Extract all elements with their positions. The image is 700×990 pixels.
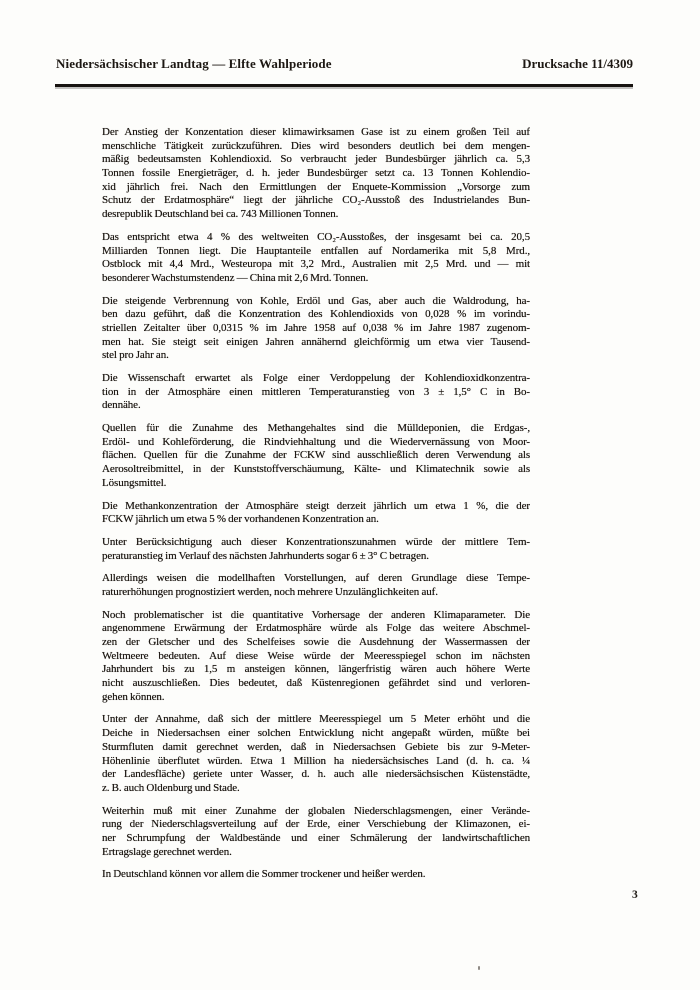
text-line: Weltmeere bedeuten. Auf diese Weise würd… [102, 650, 530, 664]
text-line: Ertragslage gerechnet werden. [102, 846, 530, 860]
text-line: Das entspricht etwa 4 % des weltweiten C… [102, 231, 530, 245]
paragraph: Der Anstieg der Konzentation dieser klim… [102, 126, 530, 222]
paragraph: In Deutschland können vor allem die Somm… [102, 868, 530, 882]
text-line: Sturmfluten damit gerechnet werden, daß … [102, 741, 530, 755]
text-line: rung der Niederschlagsverteilung auf der… [102, 818, 530, 832]
text-line: besonderer Wachstumstendenz — China mit … [102, 272, 530, 286]
text-line: Lösungsmittel. [102, 477, 530, 491]
text-line: tion in der Atmosphäre einen mittleren T… [102, 386, 530, 400]
text-line: Jahrhundert bis zu 1,5 m ansteigen könne… [102, 663, 530, 677]
text-line: raturerhöhungen prognostiziert werden, n… [102, 586, 530, 600]
header-document-number: Drucksache 11/4309 [522, 56, 633, 72]
paragraph: Die steigende Verbrennung von Kohle, Erd… [102, 295, 530, 363]
text-line: mäßig bedeutsamsten Kohlendioxid. So ver… [102, 153, 530, 167]
paragraph: Allerdings weisen die modellhaften Vorst… [102, 572, 530, 599]
text-line: Unter der Annahme, daß sich der mittlere… [102, 713, 530, 727]
text-line: Höhenlinie überflutet würden. Etwa 1 Mil… [102, 755, 530, 769]
text-line: Tonnen fossile Energieträger, d. h. jede… [102, 167, 530, 181]
text-line: nicht auszuschließen. Dies bedeutet, daß… [102, 677, 530, 691]
text-line: Der Anstieg der Konzentation dieser klim… [102, 126, 530, 140]
paragraph: Die Wissenschaft erwartet als Folge eine… [102, 372, 530, 413]
text-line: ner Schrumpfung der Waldbestände und ein… [102, 832, 530, 846]
text-line: ben dazu geführt, daß die Konzentration … [102, 308, 530, 322]
text-line: FCKW jährlich um etwa 5 % der vorhandene… [102, 513, 530, 527]
text-line: Erdöl- und Kohleförderung, die Rindviehh… [102, 436, 530, 450]
text-line: angenommene Erwärmung der Erdatmosphäre … [102, 622, 530, 636]
header-rule [55, 84, 633, 87]
text-line: Quellen für die Zunahme des Methangehalt… [102, 422, 530, 436]
paragraph: Noch problematischer ist die quantitativ… [102, 609, 530, 705]
header-publication-title: Niedersächsischer Landtag — Elfte Wahlpe… [56, 56, 332, 72]
text-line: z. B. auch Oldenburg und Stade. [102, 782, 530, 796]
text-line: Schutz der Erdatmosphäre“ liegt der jähr… [102, 194, 530, 208]
text-line: desrepublik Deutschland bei ca. 743 Mill… [102, 208, 530, 222]
text-line: Ostblock mit 4,4 Mrd., Westeuropa mit 3,… [102, 258, 530, 272]
text-line: der Landesfläche) geriete unter Wasser, … [102, 768, 530, 782]
document-body: Der Anstieg der Konzentation dieser klim… [102, 126, 530, 891]
text-line: Weiterhin muß mit einer Zunahme der glob… [102, 805, 530, 819]
text-line: Die Wissenschaft erwartet als Folge eine… [102, 372, 530, 386]
document-page: Niedersächsischer Landtag — Elfte Wahlpe… [0, 0, 700, 990]
text-line: menschliche Tätigkeit zurückzuführen. Di… [102, 140, 530, 154]
text-line: xid jährlich frei. Nach den Ermittlungen… [102, 181, 530, 195]
paragraph: Das entspricht etwa 4 % des weltweiten C… [102, 231, 530, 286]
text-line: Die Methankonzentration der Atmosphäre s… [102, 500, 530, 514]
text-line: Aerosoltreibmittel, in der Kunststoffver… [102, 463, 530, 477]
text-line: Unter Berücksichtigung auch dieser Konze… [102, 536, 530, 550]
text-line: In Deutschland können vor allem die Somm… [102, 868, 530, 882]
paragraph: Quellen für die Zunahme des Methangehalt… [102, 422, 530, 490]
text-line: Milliarden Tonnen liegt. Die Hauptanteil… [102, 245, 530, 259]
text-line: stel pro Jahr an. [102, 349, 530, 363]
text-line: peraturanstieg im Verlauf des nächsten J… [102, 550, 530, 564]
paragraph: Die Methankonzentration der Atmosphäre s… [102, 500, 530, 527]
text-line: gehen können. [102, 691, 530, 705]
paragraph: Unter der Annahme, daß sich der mittlere… [102, 713, 530, 795]
text-line: Deiche in Niedersachsen einer solchen En… [102, 727, 530, 741]
text-line: Noch problematischer ist die quantitativ… [102, 609, 530, 623]
text-line: flächen. Quellen für die Zunahme der FCK… [102, 449, 530, 463]
scan-artifact [478, 966, 480, 970]
text-line: striellen Zeitalter über 0,0315 % im Jah… [102, 322, 530, 336]
text-line: Die steigende Verbrennung von Kohle, Erd… [102, 295, 530, 309]
text-line: dennähe. [102, 399, 530, 413]
paragraph: Unter Berücksichtigung auch dieser Konze… [102, 536, 530, 563]
text-line: zen der Gletscher und des Schelfeises so… [102, 636, 530, 650]
text-line: Allerdings weisen die modellhaften Vorst… [102, 572, 530, 586]
paragraph: Weiterhin muß mit einer Zunahme der glob… [102, 805, 530, 860]
page-number: 3 [632, 889, 638, 901]
text-line: men hat. Sie steigt seit einigen Jahren … [102, 336, 530, 350]
